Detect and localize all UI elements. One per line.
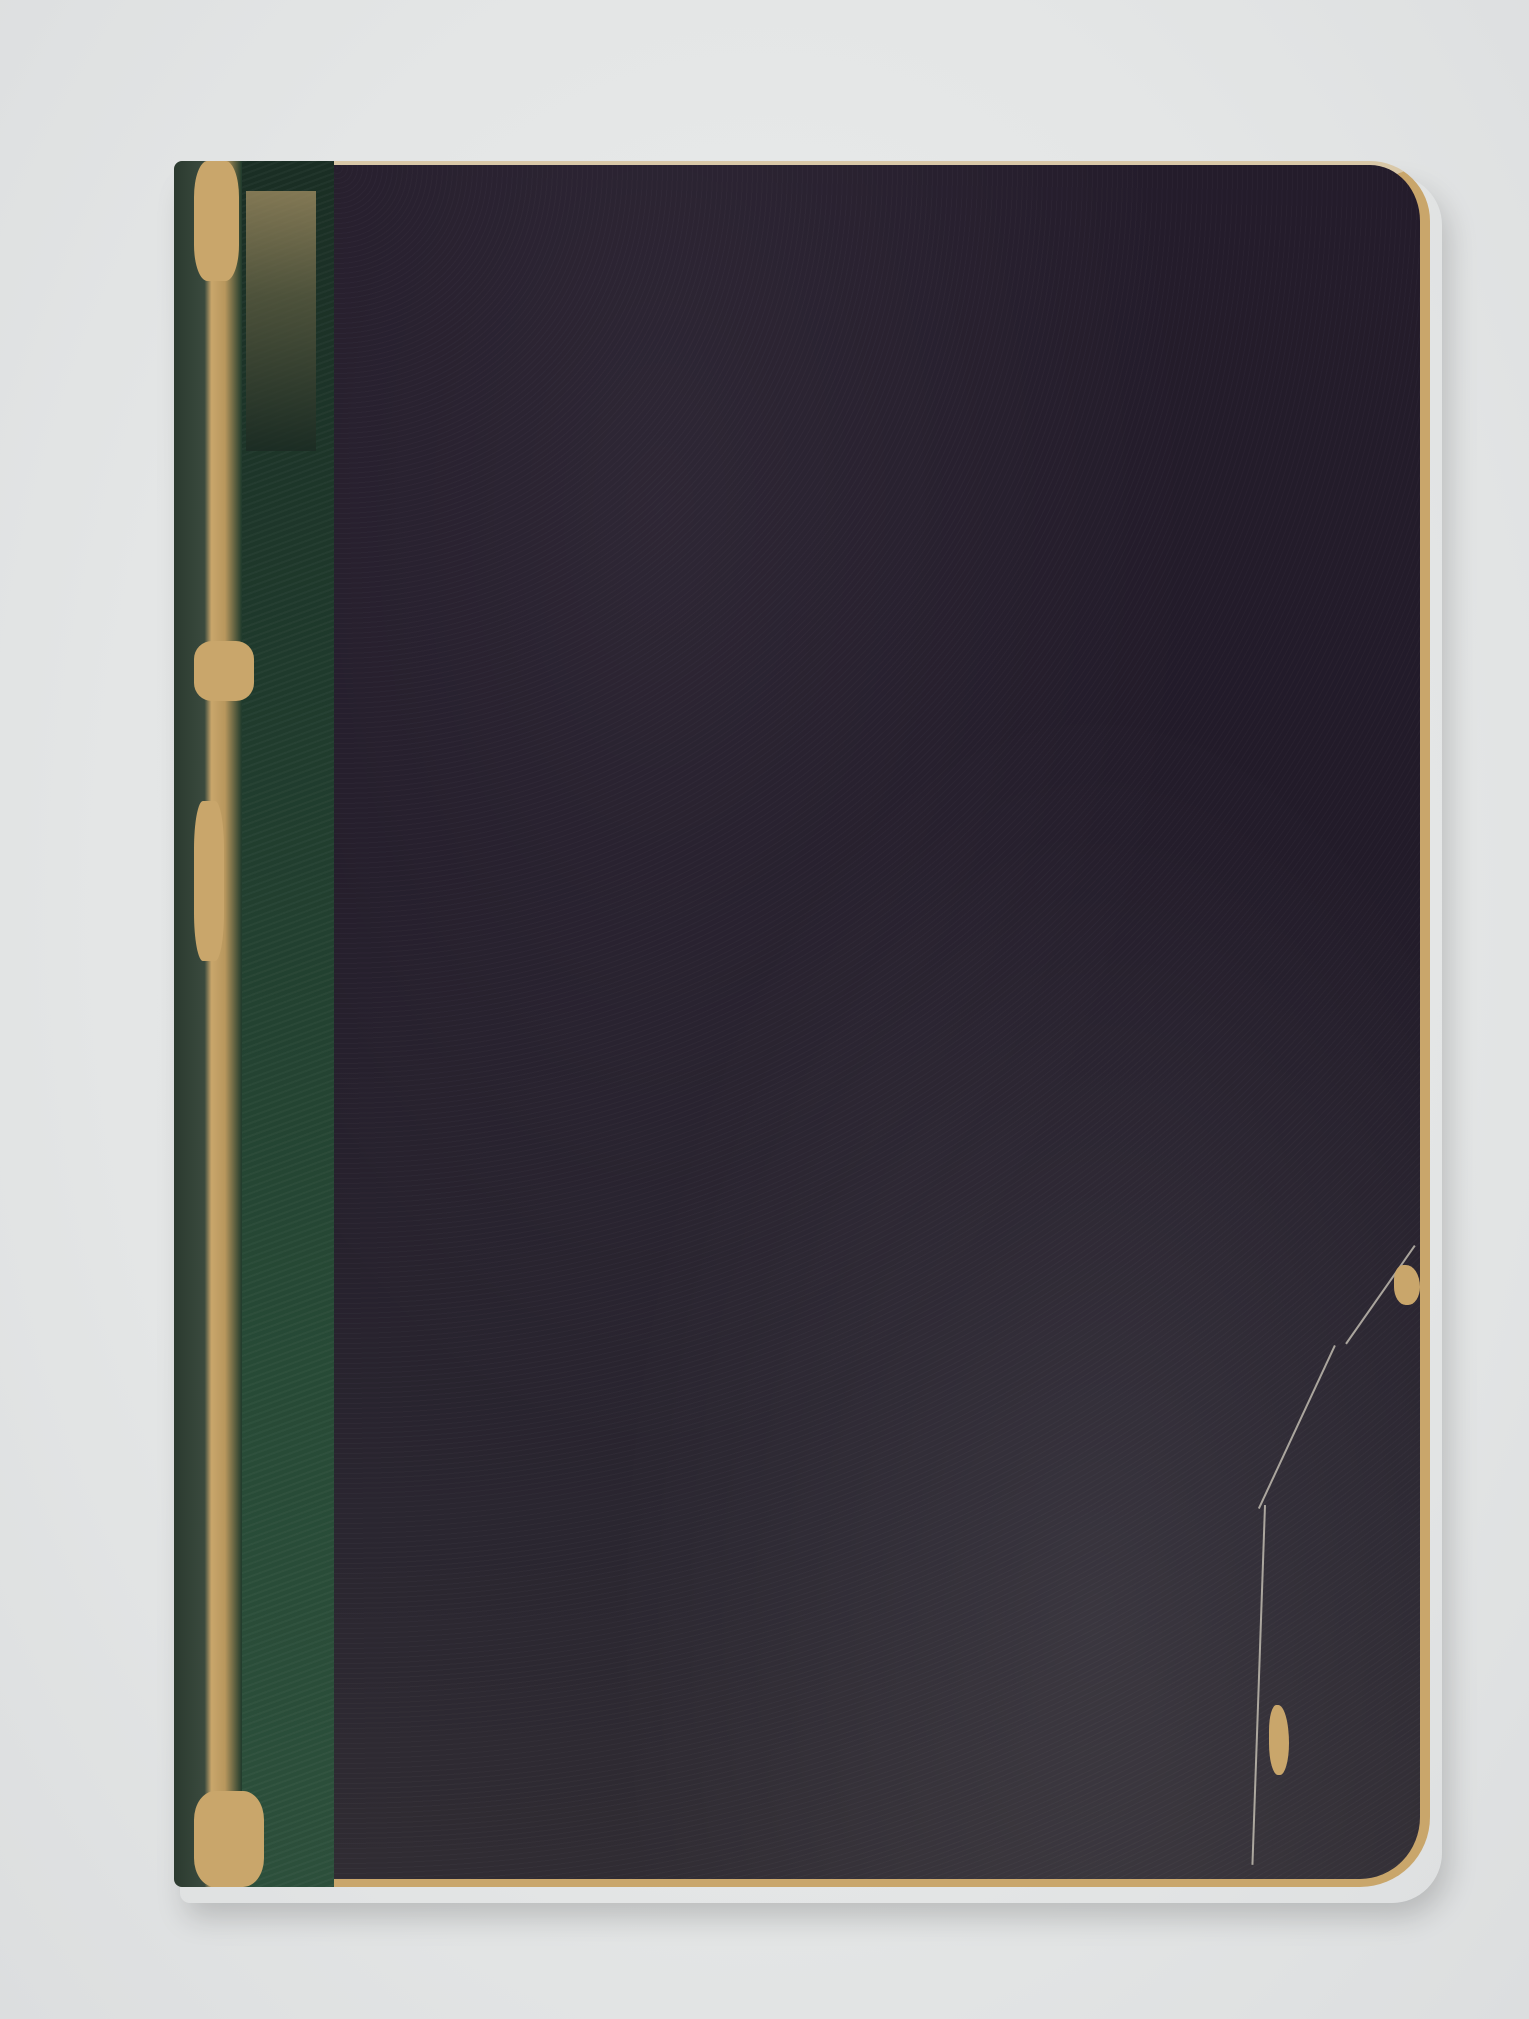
cover-crack-middle [1258, 1345, 1336, 1509]
cover-wear-edge [1394, 1265, 1420, 1305]
spine-wear-bottom [194, 1791, 264, 1887]
cover-crack-lower [1251, 1505, 1266, 1865]
spine-worn-label [246, 191, 316, 451]
photo-background [0, 0, 1529, 2019]
spine-wear-middle [194, 641, 254, 701]
spine-wear-top [194, 161, 239, 281]
cover-wear-patch [1269, 1705, 1289, 1775]
book [174, 161, 1430, 1887]
book-spine [174, 161, 344, 1887]
front-cover-board [334, 161, 1430, 1887]
spine-wear-lower [194, 801, 224, 961]
